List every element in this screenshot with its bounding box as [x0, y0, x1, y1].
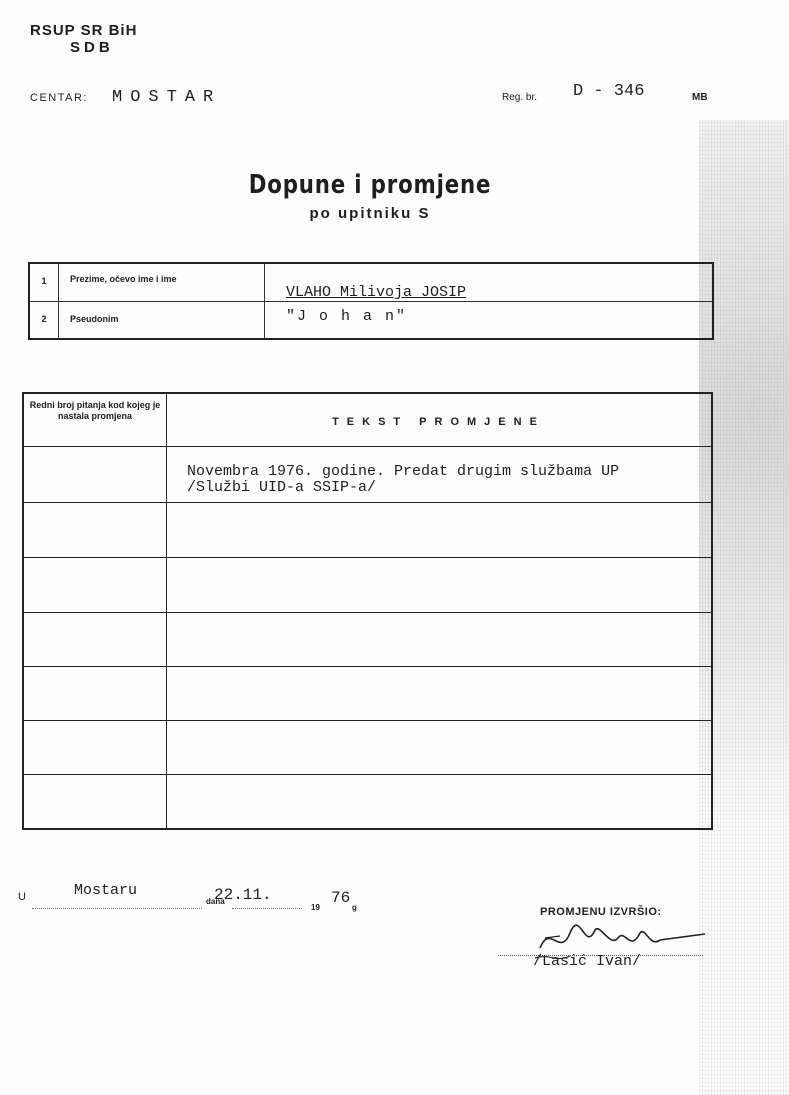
- year-value: 76: [331, 889, 350, 907]
- row-divider: [24, 502, 711, 503]
- row-number: 1: [30, 264, 59, 301]
- full-name-value: VLAHO Milivoja JOSIP: [286, 284, 466, 301]
- change-text-header: TEKST PROMJENE: [166, 416, 711, 428]
- year-prefix: 19: [311, 903, 320, 912]
- identity-table: 1 Prezime, očevo ime i ime VLAHO Milivoj…: [28, 262, 714, 340]
- date-line: [232, 908, 302, 909]
- row-number: 2: [30, 302, 59, 339]
- date-value: 22.11.: [214, 886, 272, 904]
- year-suffix: g: [352, 903, 357, 912]
- change-entry-text: Novembra 1976. godine. Predat drugim slu…: [187, 464, 619, 496]
- signer-label: PROMJENU IZVRŠIO:: [540, 906, 662, 918]
- row-label: Pseudonim: [70, 314, 119, 324]
- document-subtitle: po upitniku S: [0, 205, 740, 222]
- row-divider: [24, 612, 711, 613]
- reg-suffix: MB: [692, 92, 708, 103]
- place-value: Mostaru: [74, 882, 137, 899]
- centar-label: CENTAR:: [30, 92, 88, 104]
- table-row: 2 Pseudonim "J o h a n": [30, 301, 712, 339]
- row-divider: [24, 557, 711, 558]
- row-divider: [24, 774, 711, 775]
- pseudonym-value: "J o h a n": [286, 308, 407, 325]
- org-department: SDB: [30, 39, 137, 56]
- reg-label: Reg. br.: [502, 92, 537, 103]
- column-divider: [166, 394, 167, 828]
- row-divider: [24, 446, 711, 447]
- table-row: 1 Prezime, očevo ime i ime VLAHO Milivoj…: [30, 264, 712, 301]
- place-line: [32, 908, 202, 909]
- row-divider: [24, 720, 711, 721]
- signer-name: /Lasić Ivan/: [533, 953, 641, 970]
- place-prefix: U: [18, 891, 26, 903]
- document-title: Dopune i promjene: [67, 170, 674, 200]
- question-number-header: Redni broj pitanja kod kojeg je nastala …: [24, 400, 166, 422]
- org-name: RSUP SR BiH: [30, 22, 137, 39]
- row-label: Prezime, očevo ime i ime: [70, 274, 177, 284]
- changes-table: Redni broj pitanja kod kojeg je nastala …: [22, 392, 713, 830]
- reg-number: D - 346: [573, 82, 644, 101]
- organization-header: RSUP SR BiH SDB: [30, 22, 137, 56]
- row-divider: [24, 666, 711, 667]
- centar-value: MOSTAR: [112, 88, 221, 107]
